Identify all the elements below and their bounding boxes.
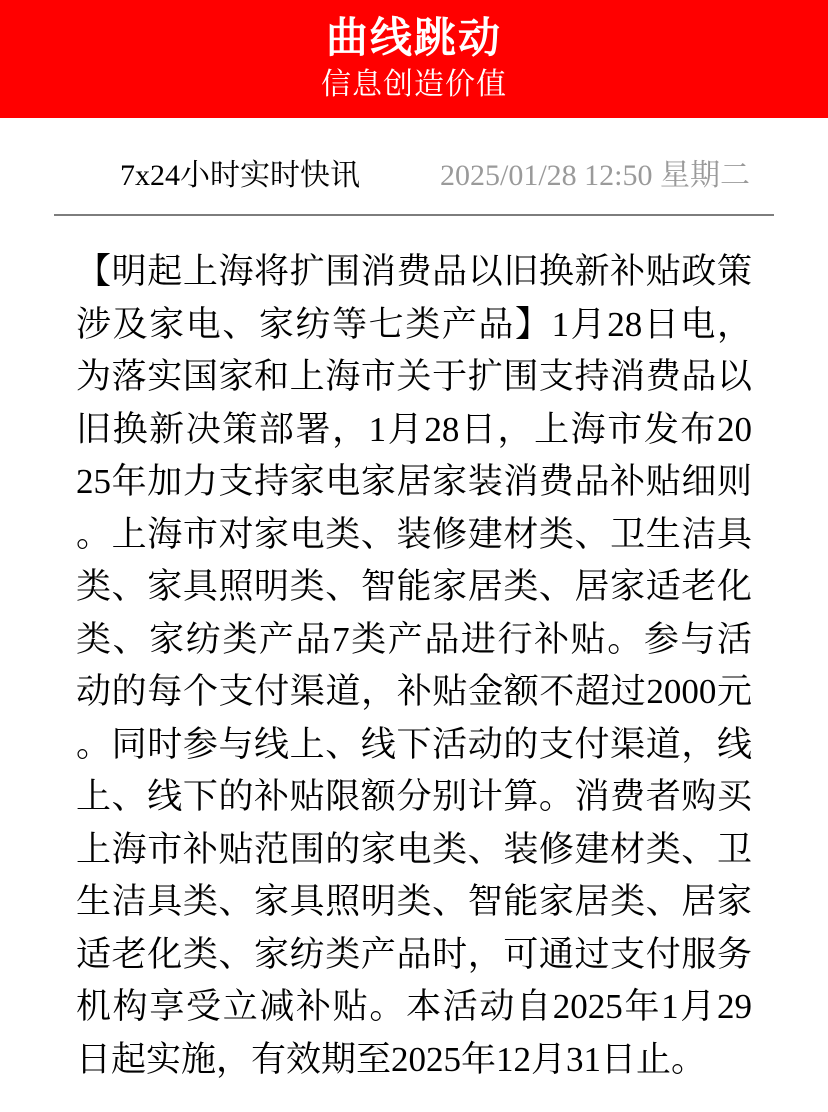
article-line: 上、线下的补贴限额分别计算。消费者购买 xyxy=(76,771,752,824)
channel-label: 7x24小时实时快讯 xyxy=(120,150,360,194)
article-line: 类、家具照明类、智能家居类、居家适老化 xyxy=(76,561,752,614)
header-banner: 曲线跳动 信息创造价值 xyxy=(0,0,828,118)
article-line: 上海市补贴范围的家电类、装修建材类、卫 xyxy=(76,824,752,877)
subheader-row: 7x24小时实时快讯 2025/01/28 12:50 星期二 xyxy=(0,150,828,194)
brand-slogan: 信息创造价值 xyxy=(321,68,507,102)
brand-title: 曲线跳动 xyxy=(326,14,502,64)
article-line: 动的每个支付渠道，补贴金额不超过2000元 xyxy=(76,666,752,719)
article-line: 【明起上海将扩围消费品以旧换新补贴政策 xyxy=(76,246,752,299)
article-line: 日起实施，有效期至2025年12月31日止。 xyxy=(76,1034,752,1087)
article-line: 。上海市对家电类、装修建材类、卫生洁具 xyxy=(76,509,752,562)
article-line: 旧换新决策部署，1月28日，上海市发布20 xyxy=(76,404,752,457)
article-line: 。同时参与线上、线下活动的支付渠道，线 xyxy=(76,719,752,772)
article-line: 适老化类、家纺类产品时，可通过支付服务 xyxy=(76,929,752,982)
article-line: 类、家纺类产品7类产品进行补贴。参与活 xyxy=(76,614,752,667)
article-line: 为落实国家和上海市关于扩围支持消费品以 xyxy=(76,351,752,404)
article-line: 涉及家电、家纺等七类产品】1月28日电， xyxy=(76,299,752,352)
article-line: 25年加力支持家电家居家装消费品补贴细则 xyxy=(76,456,752,509)
article-line: 生洁具类、家具照明类、智能家居类、居家 xyxy=(76,876,752,929)
divider-line xyxy=(54,214,774,216)
article-line: 机构享受立减补贴。本活动自2025年1月29 xyxy=(76,981,752,1034)
datetime-label: 2025/01/28 12:50 星期二 xyxy=(440,150,750,194)
article-body: 【明起上海将扩围消费品以旧换新补贴政策涉及家电、家纺等七类产品】1月28日电，为… xyxy=(76,246,752,1086)
